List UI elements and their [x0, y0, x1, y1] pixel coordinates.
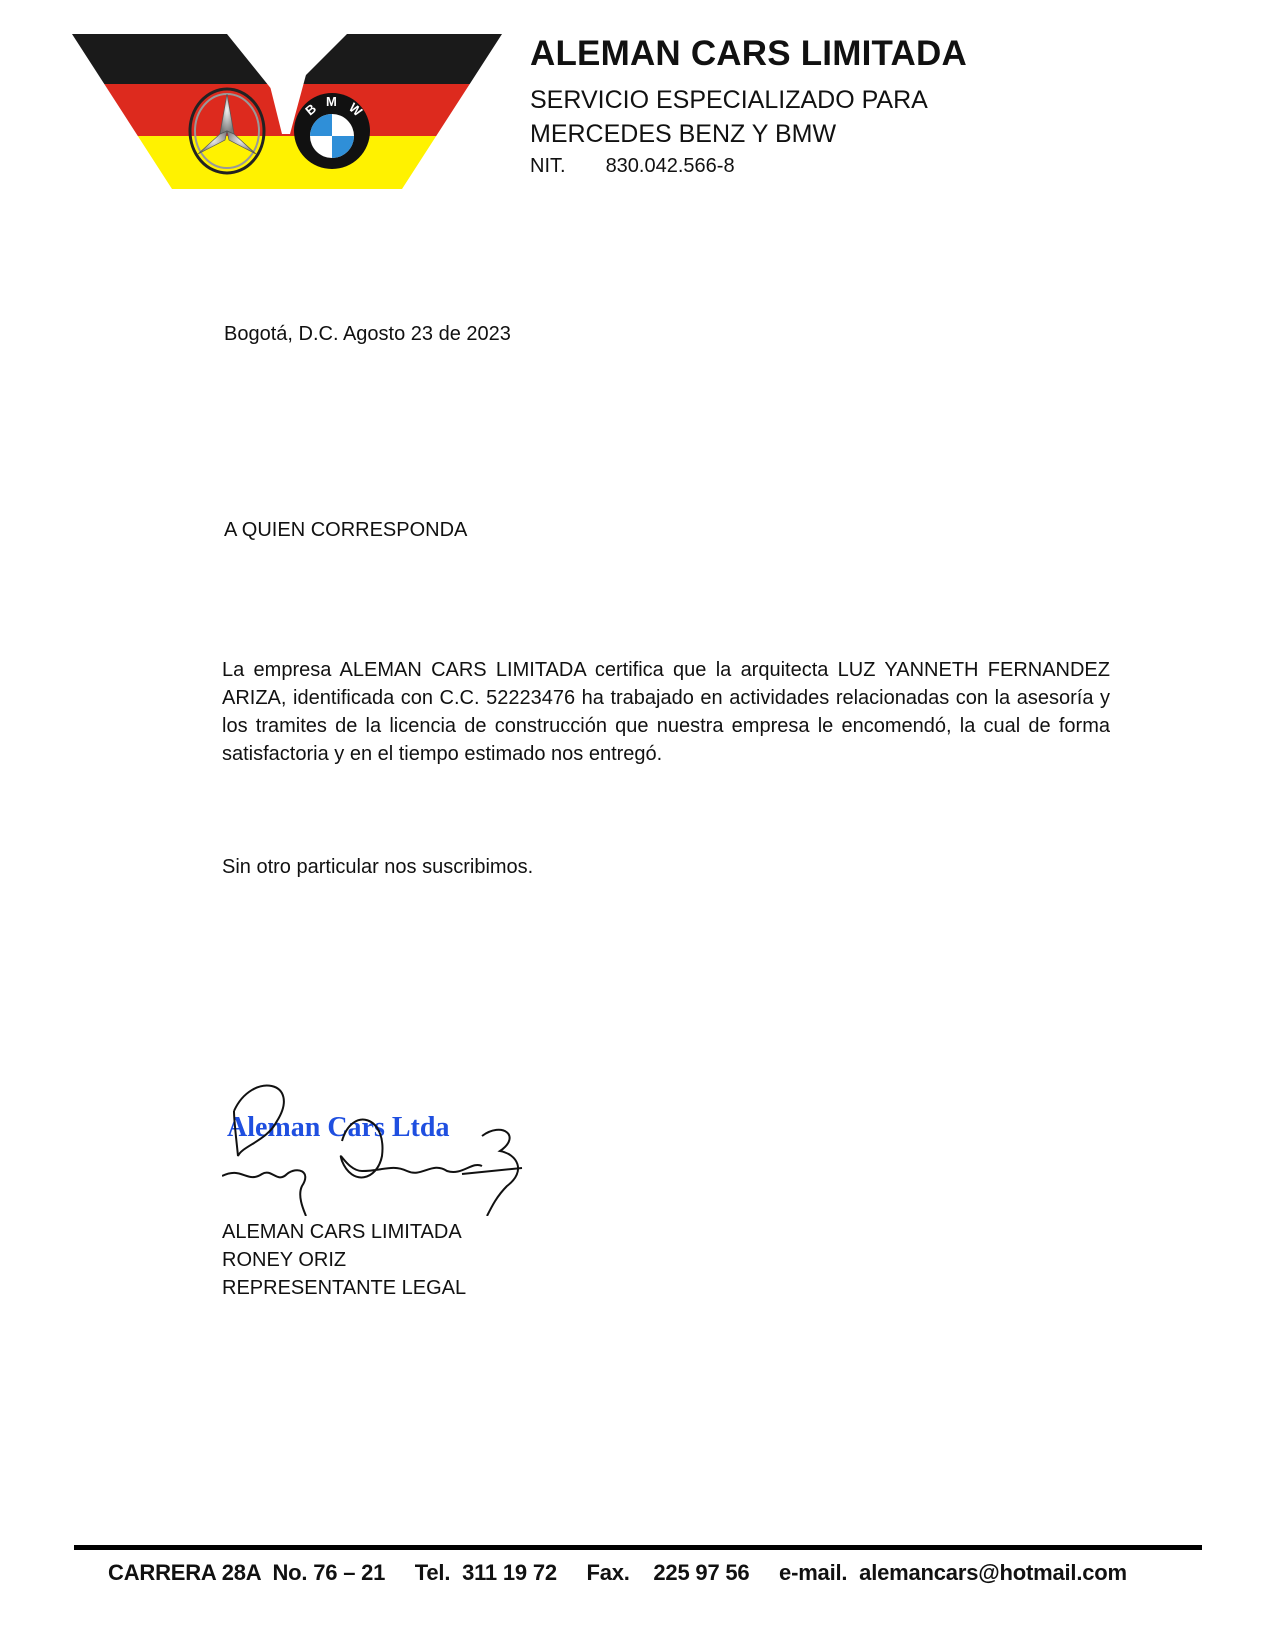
footer-fax: 225 97 56: [653, 1560, 749, 1585]
signer-title: REPRESENTANTE LEGAL: [222, 1274, 466, 1302]
footer-tel: 311 19 72: [462, 1560, 557, 1585]
date-line: Bogotá, D.C. Agosto 23 de 2023: [224, 320, 511, 348]
nit: NIT.830.042.566-8: [530, 155, 735, 178]
nit-label: NIT.: [530, 155, 566, 177]
closing-line: Sin otro particular nos suscribimos.: [222, 853, 533, 881]
tagline-line2: MERCEDES BENZ Y BMW: [530, 120, 836, 149]
footer-email[interactable]: alemancars@hotmail.com: [859, 1560, 1127, 1585]
handwritten-signature: [222, 1086, 522, 1216]
company-name: ALEMAN CARS LIMITADA: [530, 34, 967, 74]
signer-name: RONEY ORIZ: [222, 1246, 466, 1274]
signer-company: ALEMAN CARS LIMITADA: [222, 1218, 466, 1246]
signature-block: ALEMAN CARS LIMITADA RONEY ORIZ REPRESEN…: [222, 1218, 466, 1302]
footer-address: CARRERA 28A No. 76 – 21: [108, 1560, 385, 1585]
footer-fax-label: Fax.: [587, 1560, 630, 1585]
aleman-cars-logo: B M W: [72, 34, 502, 189]
body-paragraph: La empresa ALEMAN CARS LIMITADA certific…: [222, 656, 1110, 768]
svg-text:M: M: [326, 94, 337, 109]
tagline-line1: SERVICIO ESPECIALIZADO PARA: [530, 86, 928, 115]
bmw-roundel-icon: B M W: [294, 93, 370, 169]
footer-email-label: e-mail.: [779, 1560, 847, 1585]
greeting: A QUIEN CORRESPONDA: [224, 516, 467, 544]
nit-value: 830.042.566-8: [606, 155, 735, 177]
footer-divider: [74, 1545, 1202, 1550]
footer-tel-label: Tel.: [415, 1560, 450, 1585]
footer-contact: CARRERA 28A No. 76 – 21 Tel. 311 19 72 F…: [108, 1560, 1127, 1586]
signature: Aleman Cars Ltda: [222, 1076, 552, 1216]
